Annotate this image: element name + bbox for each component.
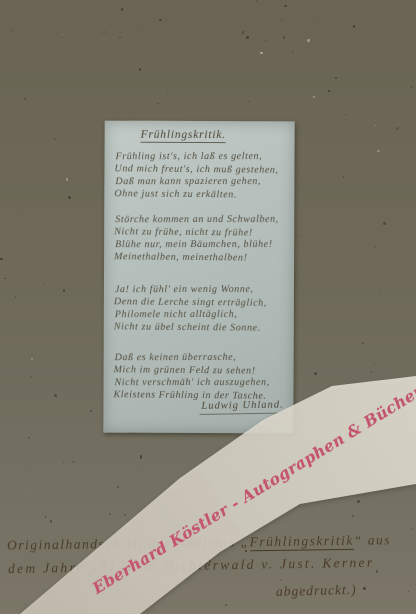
poem-line: Nicht verschmäh' ich auszugehen, bbox=[115, 377, 270, 390]
poem-stanza: Daß es keinen überrasche, Mich im grünen… bbox=[113, 352, 268, 403]
caption-line-3: abgedruckt.) bbox=[276, 582, 357, 600]
poem-line: Daß es keinen überrasche, bbox=[115, 352, 270, 365]
poem-line: Blühe nur, mein Bäumchen, blühe! bbox=[115, 239, 279, 252]
poem-line: Und mich freut's, ich muß gestehen, bbox=[114, 163, 278, 177]
poem-line: Meinethalben, meinethalben! bbox=[114, 251, 278, 265]
poem-line: Daß man kann spazieren gehen, bbox=[115, 176, 279, 189]
photo-of-mounted-manuscript: Frühlingskritik. Frühling ist's, ich laß… bbox=[0, 0, 416, 614]
poem-line: Störche kommen an und Schwalben, bbox=[115, 214, 279, 227]
caption-line-2: dem Jahre 1812 (im Dichterwald v. Just. … bbox=[8, 555, 375, 577]
poem-stanza: Ja! ich fühl' ein wenig Wonne, Denn die … bbox=[114, 284, 267, 335]
poem-line: Frühling ist's, ich laß es gelten, bbox=[116, 151, 280, 164]
poem-line: Ohne just sich zu erkälten. bbox=[114, 188, 278, 202]
poem-stanza: Frühling ist's, ich laß es gelten, Und m… bbox=[114, 151, 278, 202]
manuscript-paper: Frühlingskritik. Frühling ist's, ich laß… bbox=[103, 121, 294, 434]
poem-line: Ja! ich fühl' ein wenig Wonne, bbox=[115, 284, 268, 297]
poem-line: Nicht zu übel scheint die Sonne. bbox=[114, 321, 267, 335]
poem-line: Denn die Lerche singt erträglich, bbox=[114, 296, 267, 310]
poem-line: Mich im grünen Feld zu sehen! bbox=[114, 364, 269, 378]
caption-poem-title: Frühlingskritik bbox=[250, 533, 354, 551]
poem-line: Philomele nicht alltäglich, bbox=[115, 309, 268, 322]
poem-stanza: Störche kommen an und Schwalben, Nicht z… bbox=[114, 214, 278, 265]
poem-title: Frühlingskritik. bbox=[141, 129, 226, 141]
poem-line: Nicht zu frühe, nicht zu frühe! bbox=[114, 226, 278, 240]
poem-author-signature: Ludwig Uhland. bbox=[199, 399, 287, 414]
